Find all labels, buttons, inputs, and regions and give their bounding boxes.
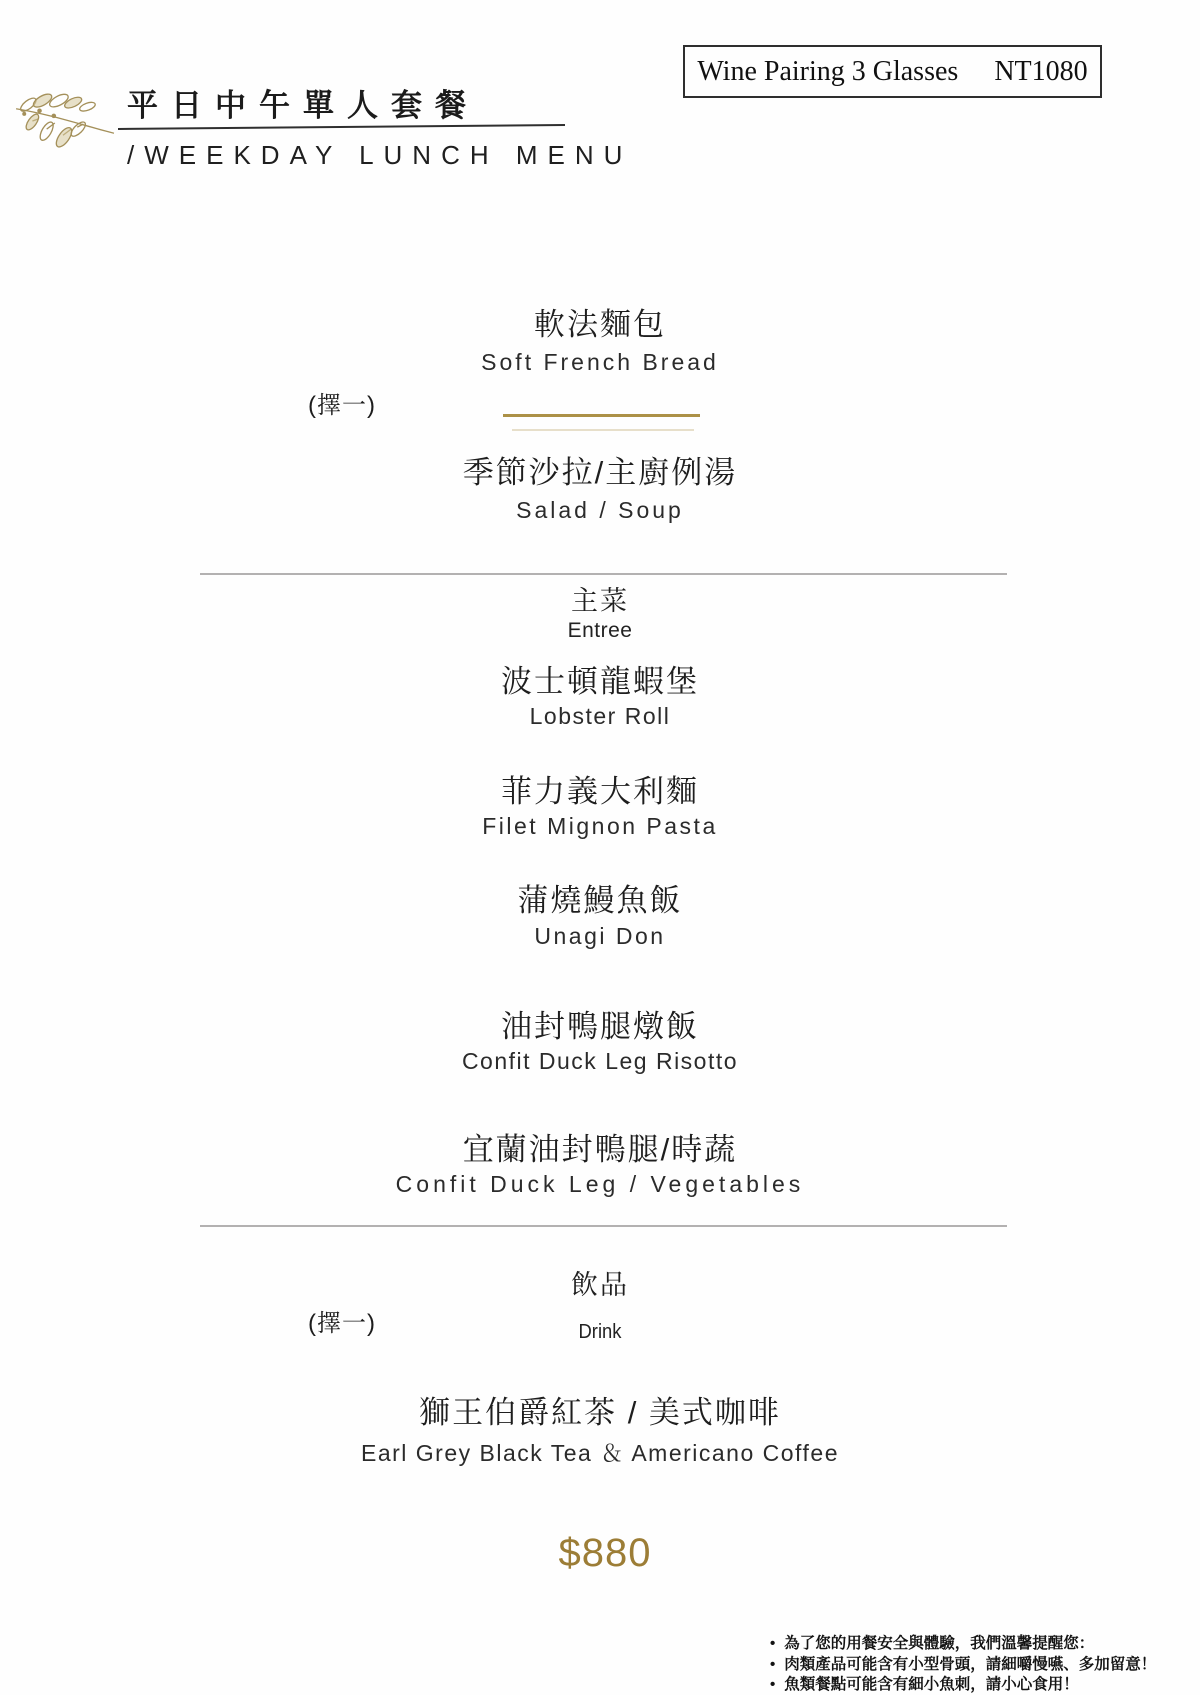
dish-lobster-roll-zh: 波士頓龍蝦堡 <box>0 665 1200 699</box>
dish-lobster-roll-en: Lobster Roll <box>0 703 1200 729</box>
dish-duck-leg-zh: 宜蘭油封鴨腿/時蔬 <box>0 1133 1200 1167</box>
note-line: • 魚類餐點可能含有細小魚刺，請小心食用！ <box>770 1675 1200 1695</box>
note-line: • 肉類產品可能含有小型骨頭，請細嚼慢嚥、多加留意！ <box>770 1655 1200 1676</box>
dish-filet-pasta-zh: 菲力義大利麵 <box>0 775 1200 809</box>
dish-tea-coffee-zh: 獅王伯爵紅茶 / 美式咖啡 <box>0 1396 1200 1430</box>
wine-pairing-label: Wine Pairing 3 Glasses <box>697 56 958 88</box>
set-price: $880 <box>0 1531 1200 1576</box>
gold-divider-shadow <box>512 429 694 431</box>
dish-bread-zh: 軟法麵包 <box>0 308 1200 342</box>
entree-heading-zh: 主菜 <box>0 585 1200 617</box>
choose-one-label-starter: (擇一) <box>308 385 388 420</box>
wine-pairing-box: Wine Pairing 3 Glasses NT1080 <box>683 45 1102 98</box>
olive-branch-icon <box>12 88 116 156</box>
entree-heading-en: Entree <box>0 619 1200 643</box>
page-title-en: /WEEKDAY LUNCH MENU <box>127 140 632 171</box>
dish-unagi-don-en: Unagi Don <box>0 923 1200 949</box>
footer-notes: • 為了您的用餐安全與體驗，我們溫馨提醒您： • 肉類產品可能含有小型骨頭，請細… <box>770 1634 1200 1695</box>
dish-bread-en: Soft French Bread <box>0 349 1200 375</box>
section-divider-top <box>200 573 1007 575</box>
dish-unagi-don-zh: 蒲燒鰻魚飯 <box>0 884 1200 918</box>
note-text: 為了您的用餐安全與體驗，我們溫馨提醒您： <box>784 1634 1094 1655</box>
note-text: 魚類餐點可能含有細小魚刺，請小心食用！ <box>784 1675 1079 1695</box>
dish-salad-soup-en: Salad / Soup <box>0 497 1200 523</box>
section-divider-bottom <box>200 1225 1007 1227</box>
page-title-zh: 平日中午單人套餐 <box>127 80 479 125</box>
drink-heading-en: Drink <box>48 1321 1152 1344</box>
drink-heading-zh: 飲品 <box>0 1269 1200 1301</box>
dish-filet-pasta-en: Filet Mignon Pasta <box>0 813 1200 839</box>
weekday-lunch-menu-page: 平日中午單人套餐 /WEEKDAY LUNCH MENU Wine Pairin… <box>0 0 1200 1695</box>
dish-salad-soup-zh: 季節沙拉/主廚例湯 <box>0 456 1200 490</box>
dish-duck-leg-en: Confit Duck Leg / Vegetables <box>0 1171 1200 1197</box>
bullet-icon: • <box>770 1655 775 1676</box>
note-line: • 為了您的用餐安全與體驗，我們溫馨提醒您： <box>770 1634 1200 1655</box>
note-text: 肉類產品可能含有小型骨頭，請細嚼慢嚥、多加留意！ <box>784 1655 1156 1676</box>
wine-pairing-price: NT1080 <box>994 56 1087 88</box>
bullet-icon: • <box>770 1634 775 1655</box>
bullet-icon: • <box>770 1675 775 1695</box>
dish-duck-risotto-en: Confit Duck Leg Risotto <box>0 1048 1200 1074</box>
dish-duck-risotto-zh: 油封鴨腿燉飯 <box>0 1010 1200 1044</box>
dish-tea-coffee-en: Earl Grey Black Tea ＆ Americano Coffee <box>0 1440 1200 1466</box>
gold-divider <box>503 414 700 417</box>
